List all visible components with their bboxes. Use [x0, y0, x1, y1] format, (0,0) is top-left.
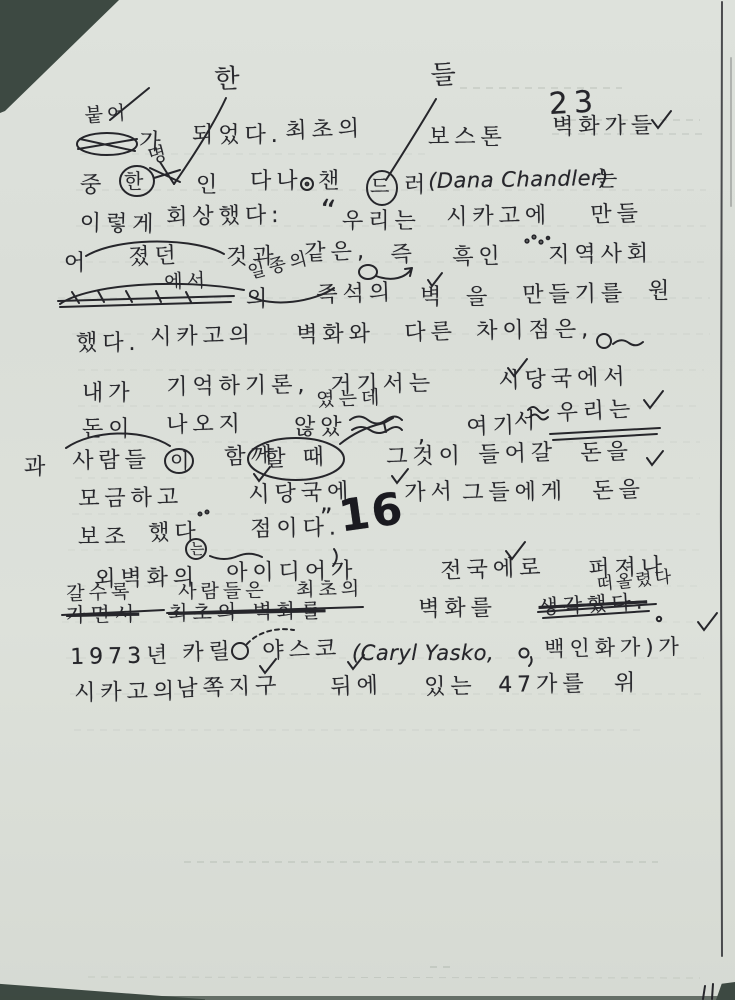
- handwritten-word: 내가: [82, 382, 135, 406]
- circled-word: 드: [370, 175, 394, 197]
- circled-word: 한: [124, 170, 148, 192]
- handwritten-word: 되었다.: [192, 124, 283, 148]
- handwritten-word: 즉: [390, 243, 417, 269]
- handwritten-word: 야스코: [262, 637, 342, 664]
- handwritten-word: 백인화가)가: [544, 636, 684, 662]
- handwritten-word: 을: [466, 286, 492, 310]
- handwritten-word: 즉석의: [316, 281, 396, 308]
- handwritten-word: 1973년: [70, 644, 173, 670]
- inserted-word-han: 한: [214, 65, 245, 95]
- handwritten-word: 벽: [420, 286, 446, 310]
- handwritten-word: 가서: [404, 480, 457, 506]
- handwritten-word: 서: [514, 410, 540, 434]
- handwritten-word: 인: [196, 174, 222, 198]
- deleted-word: 가면서: [66, 603, 139, 626]
- handwritten-word: 의: [246, 288, 272, 312]
- handwritten-word: 했다.: [76, 332, 141, 356]
- deleted-word: 생각했다.: [538, 590, 648, 618]
- handwritten-word: 사람들: [72, 449, 151, 475]
- handwritten-word: 남쪽지구: [176, 674, 282, 702]
- margin-insert-word: 과: [24, 456, 50, 480]
- handwritten-word: 뒤에: [330, 674, 383, 700]
- handwritten-word: 기억하기론,: [166, 373, 310, 400]
- handwritten-word: 시당국에서: [498, 365, 630, 394]
- handwritten-word: 는: [596, 168, 622, 192]
- handwritten-word: 돈을: [592, 478, 645, 504]
- handwritten-word: 들어갈: [478, 441, 558, 468]
- handwritten-word: 벽화가들: [552, 114, 657, 140]
- handwritten-word: 모금하고: [78, 486, 183, 512]
- handwritten-word: 챈: [318, 170, 344, 194]
- handwritten-word: 벽화를: [418, 597, 497, 623]
- handwritten-word: 시카고의: [150, 324, 255, 350]
- handwritten-word: 같은,: [304, 240, 369, 266]
- handwritten-word: 여기: [466, 414, 519, 440]
- handwritten-word: 우리는: [342, 210, 421, 234]
- handwritten-word: 47가를: [498, 672, 589, 698]
- handwritten-word: 않았: [294, 416, 347, 440]
- handwritten-word: 보스톤: [428, 126, 507, 150]
- handwritten-word: 지역사회: [548, 242, 653, 268]
- handwritten-word: 회상했다:: [166, 204, 284, 230]
- quote-mark: ”: [320, 504, 337, 530]
- ruled-line: [88, 977, 700, 978]
- handwritten-word: 만들: [590, 202, 643, 228]
- handwritten-word: 시카고의: [74, 680, 179, 706]
- handwritten-word: 그들에게: [462, 480, 567, 506]
- handwritten-word: 어: [64, 252, 90, 276]
- handwritten-word: 다른: [404, 320, 457, 346]
- inserted-word: 에서: [164, 270, 209, 292]
- handwritten-word: 보조: [78, 526, 131, 550]
- scanned-page: 23 한 들 붙어 가 되었다. 최초의 보스톤 벽화가들 중 한 명 인 다나…: [0, 0, 735, 1000]
- handwritten-word: 위: [614, 672, 640, 696]
- handwritten-word: 만들기를: [522, 282, 627, 308]
- circled-word: 할 때: [264, 446, 329, 472]
- deleted-word: 최초의 벽화를: [168, 599, 326, 624]
- circled-insert-word: 는: [190, 541, 210, 558]
- circled-word: 이: [170, 450, 194, 472]
- inserted-word: 였는데: [316, 388, 384, 411]
- handwritten-word: 나오지: [166, 413, 245, 439]
- handwritten-word: 중: [80, 174, 106, 198]
- inserted-word-deul: 들: [430, 60, 462, 90]
- handwritten-word: 카릴: [182, 640, 235, 666]
- handwritten-word: 흑인: [452, 245, 505, 270]
- handwritten-word: 다나: [250, 170, 303, 194]
- handwritten-word: 돈을: [580, 440, 633, 466]
- handwritten-word: 시카고에: [446, 204, 551, 230]
- handwritten-word: 러: [404, 174, 430, 198]
- handwritten-word: 돈이: [82, 418, 135, 442]
- handwritten-word: 차이점은,: [476, 318, 593, 344]
- handwritten-word: 졌던: [128, 244, 181, 270]
- inserted-word-buteo: 붙어: [84, 103, 130, 127]
- handwritten-word: 그것이: [386, 445, 465, 471]
- handwritten-word: 있는: [424, 675, 477, 700]
- handwritten-word: 최초의: [285, 117, 365, 144]
- handwritten-word: 원: [648, 280, 674, 304]
- handwritten-word: 전국에로: [440, 556, 546, 584]
- handwritten-word: 벽화와: [296, 323, 375, 349]
- latin-name-dana-chandler: (Dana Chandler): [428, 167, 609, 193]
- latin-name-caryl-yasko: (Caryl Yasko,: [352, 642, 494, 665]
- handwritten-word: 이렇게: [80, 212, 159, 238]
- handwritten-word: 우리는: [556, 398, 636, 426]
- footnote-number: 16: [336, 485, 407, 542]
